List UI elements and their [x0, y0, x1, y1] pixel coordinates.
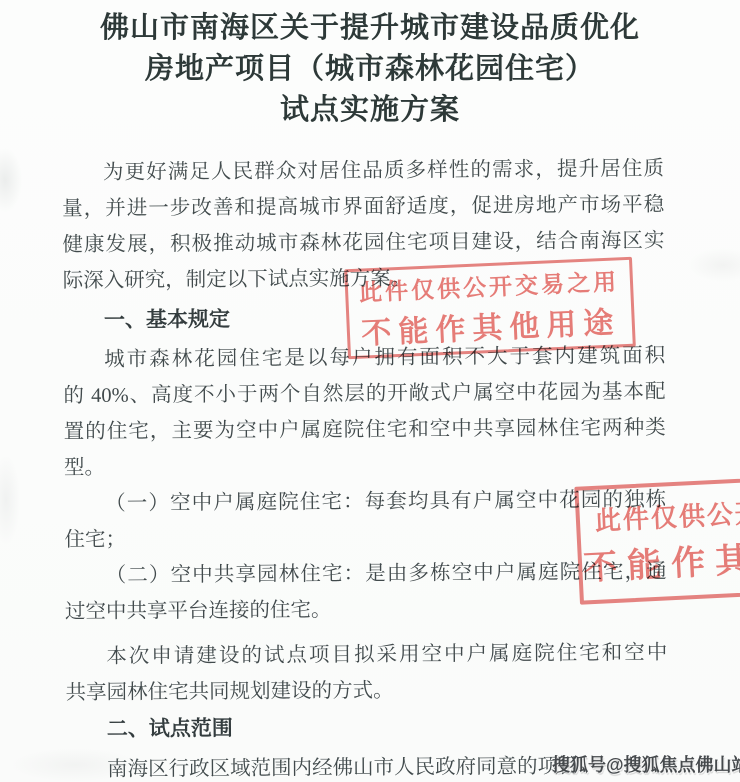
scan-smudge	[0, 455, 20, 545]
text-line: 本次申请建设的试点项目拟采用空中户属庭院住宅和空中	[65, 635, 667, 675]
text-line: 量，并进一步改善和提高城市界面舒适度，促进房地产市场平稳	[62, 187, 664, 227]
scan-smudge	[688, 248, 740, 282]
document-title-line: 佛山市南海区关于提升城市建设品质优化	[0, 8, 740, 49]
document-title-line: 房地产项目（城市森林花园住宅）	[0, 49, 740, 90]
text-line: 住宅；	[64, 518, 666, 558]
text-line: 城市森林花园住宅是以每户拥有面积不大于套内建筑面积	[63, 338, 665, 378]
document-title: 佛山市南海区关于提升城市建设品质优化 房地产项目（城市森林花园住宅） 试点实施方…	[0, 8, 740, 131]
text-line: 过空中共享平台连接的住宅。	[65, 590, 667, 630]
text-line: 共享园林住宅共同规划建设的方式。	[65, 671, 667, 711]
paragraph: 为更好满足人民群众对居住品质多样性的需求，提升居住质量，并进一步改善和提高城市界…	[62, 151, 665, 299]
scan-smudge	[0, 148, 22, 212]
paragraph: 城市森林花园住宅是以每户拥有面积不大于套内建筑面积的 40%、高度不小于两个自然…	[63, 338, 666, 486]
text-line: 型。	[64, 446, 666, 486]
text-line: 一、基本规定	[63, 299, 665, 339]
paragraph: （二）空中共享园林住宅：是由多栋空中户属庭院住宅，通过空中共享平台连接的住宅。	[65, 554, 667, 630]
document-body: 为更好满足人民群众对居住品质多样性的需求，提升居住质量，并进一步改善和提高城市界…	[62, 151, 668, 782]
text-line: 健康发展，积极推动城市森林花园住宅项目建设，结合南海区实	[62, 223, 664, 263]
text-line: 际深入研究，制定以下试点实施方案。	[63, 259, 665, 299]
text-line: 的 40%、高度不小于两个自然层的开敞式户属空中花园为基本配	[63, 374, 665, 414]
paragraph: （一）空中户属庭院住宅：每套均具有户属空中花园的独栋住宅；	[64, 482, 666, 558]
section-heading: 一、基本规定	[63, 299, 665, 339]
document-page: 佛山市南海区关于提升城市建设品质优化 房地产项目（城市森林花园住宅） 试点实施方…	[0, 0, 740, 782]
paragraph: 本次申请建设的试点项目拟采用空中户属庭院住宅和空中共享园林住宅共同规划建设的方式…	[65, 635, 667, 711]
text-line: 二、试点范围	[66, 708, 668, 748]
document-title-line: 试点实施方案	[0, 90, 740, 131]
text-line: 置的住宅，主要为空中户属庭院住宅和空中共享园林住宅两种类	[64, 410, 666, 450]
text-line: （二）空中共享园林住宅：是由多栋空中户属庭院住宅，通	[65, 554, 667, 594]
section-heading: 二、试点范围	[66, 708, 668, 748]
sohu-watermark: 搜狐号@搜狐焦点佛山站	[552, 751, 740, 777]
text-line: （一）空中户属庭院住宅：每套均具有户属空中花园的独栋	[64, 482, 666, 522]
text-line: 为更好满足人民群众对居住品质多样性的需求，提升居住质	[62, 151, 664, 191]
